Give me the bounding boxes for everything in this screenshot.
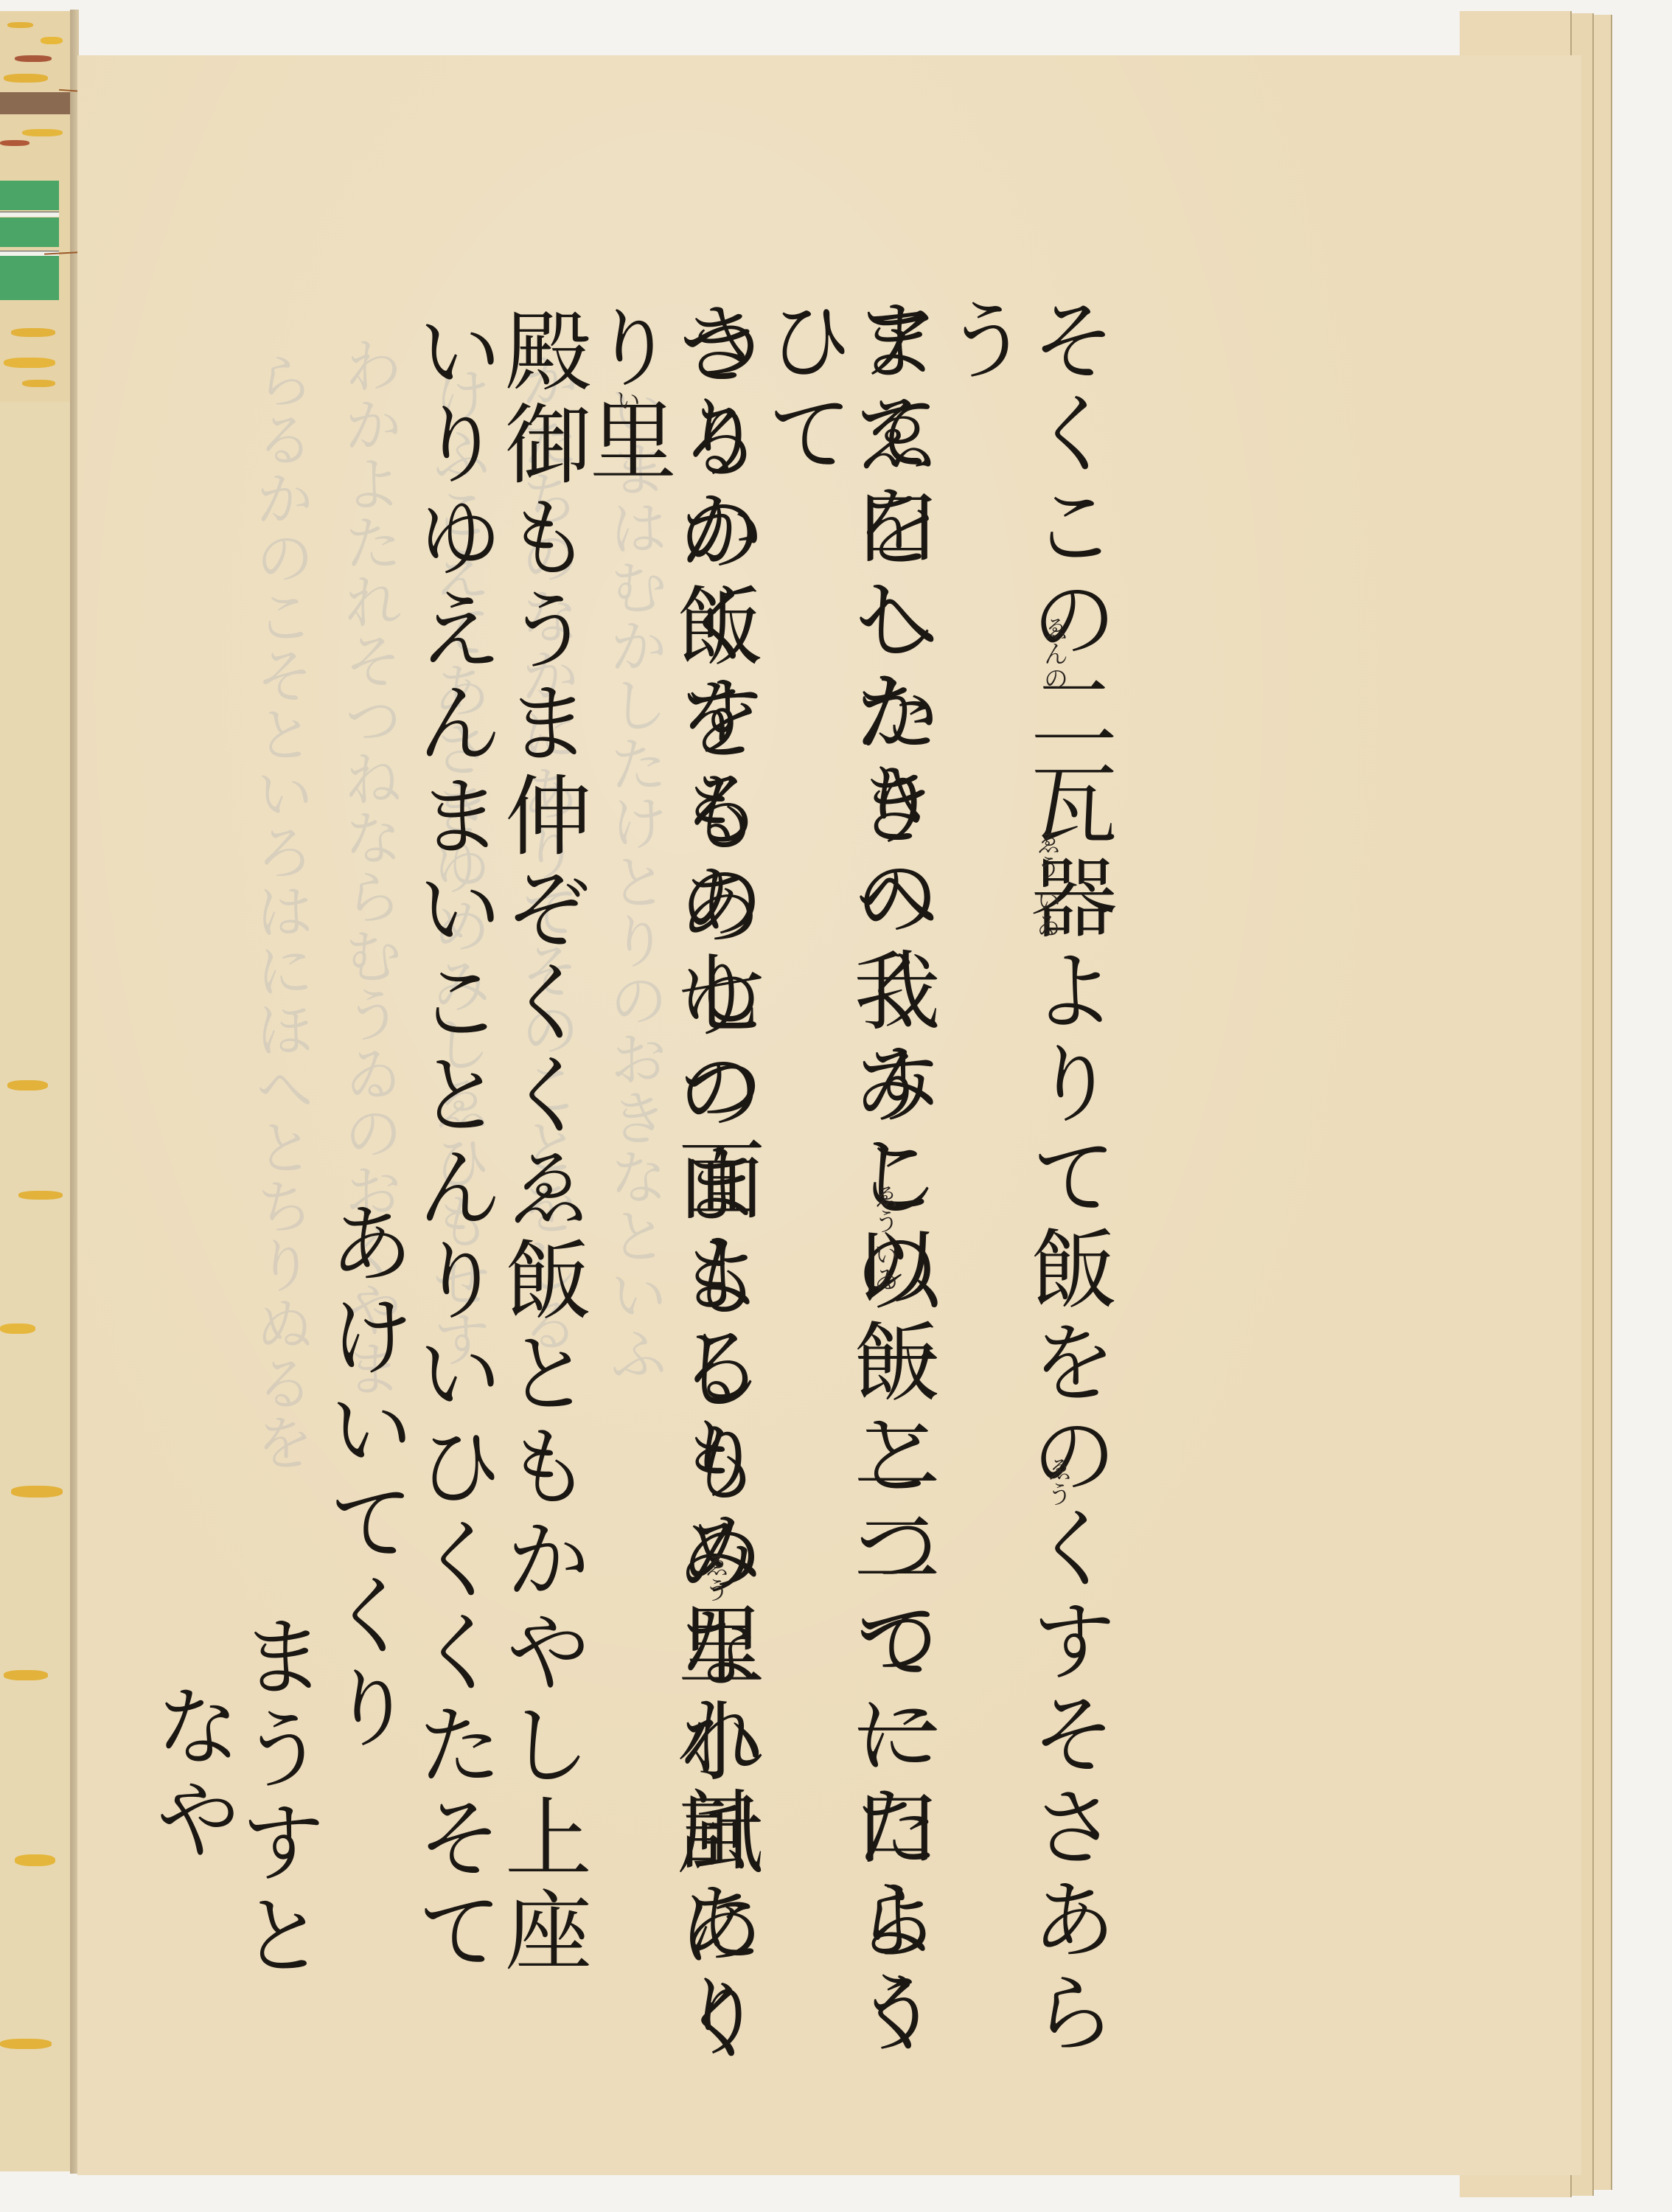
show-through-text: らるかのこそといろはにほへとちりぬるを: [247, 350, 312, 1825]
furigana: ゑんの: [1036, 616, 1072, 691]
gold-leaf: [41, 37, 63, 44]
gold-leaf: [11, 1486, 63, 1498]
gold-leaf: [15, 1854, 55, 1866]
gold-leaf: [0, 1324, 35, 1334]
text-column-5: つるの飯をもあゆのまもしもみな小風にくり里: [582, 302, 756, 2072]
text-column-1: そくこの二瓦器よりて飯をのくすそさあらう: [936, 295, 1110, 2065]
brown-figure: [0, 92, 75, 114]
left-page-lower: [0, 402, 75, 2171]
green-mat: [0, 181, 59, 210]
gold-leaf: [0, 2039, 52, 2049]
gold-leaf: [7, 1080, 48, 1091]
gold-leaf: [4, 358, 55, 368]
left-illustrated-page: [0, 11, 75, 2171]
gold-leaf: [0, 140, 29, 146]
gold-leaf: [22, 380, 55, 387]
furigana: ゑう: [697, 1552, 733, 1602]
furigana: ゑう: [1039, 1456, 1076, 1506]
text-column-3: アゑ口へかきへくすし以一二つて一口よくひて: [759, 295, 933, 2065]
mat-border: [0, 212, 59, 217]
gold-leaf: [11, 328, 55, 337]
gold-leaf: [18, 1191, 63, 1200]
interior-scene: [0, 159, 75, 313]
gold-leaf: [4, 74, 48, 83]
furigana: ゑう いゐ: [866, 1183, 902, 1292]
gold-leaf: [22, 129, 63, 136]
gold-leaf: [15, 55, 52, 62]
gold-leaf: [4, 1670, 48, 1680]
green-mat: [0, 218, 59, 247]
text-column-10: なや: [147, 1681, 234, 1976]
furigana: い: [608, 387, 644, 412]
text-column-6: 殿御もうま伸ぞくくゑ飯ともかやし上座: [498, 306, 585, 2076]
furigana: ゑう いゐ: [1028, 829, 1065, 938]
text-column-7: いりゆえんまいことんりいひくくたそて: [409, 306, 496, 2076]
text-column-8: あけいてくり: [321, 1198, 408, 1862]
text-column-9: まうすと: [232, 1611, 319, 2053]
gold-leaf: [7, 22, 33, 28]
green-mat: [0, 256, 59, 300]
manuscript-page: らるかのこそといろはにほへとちりぬるを わかよたれそつねならむうゐのおくやま け…: [77, 55, 1581, 2175]
